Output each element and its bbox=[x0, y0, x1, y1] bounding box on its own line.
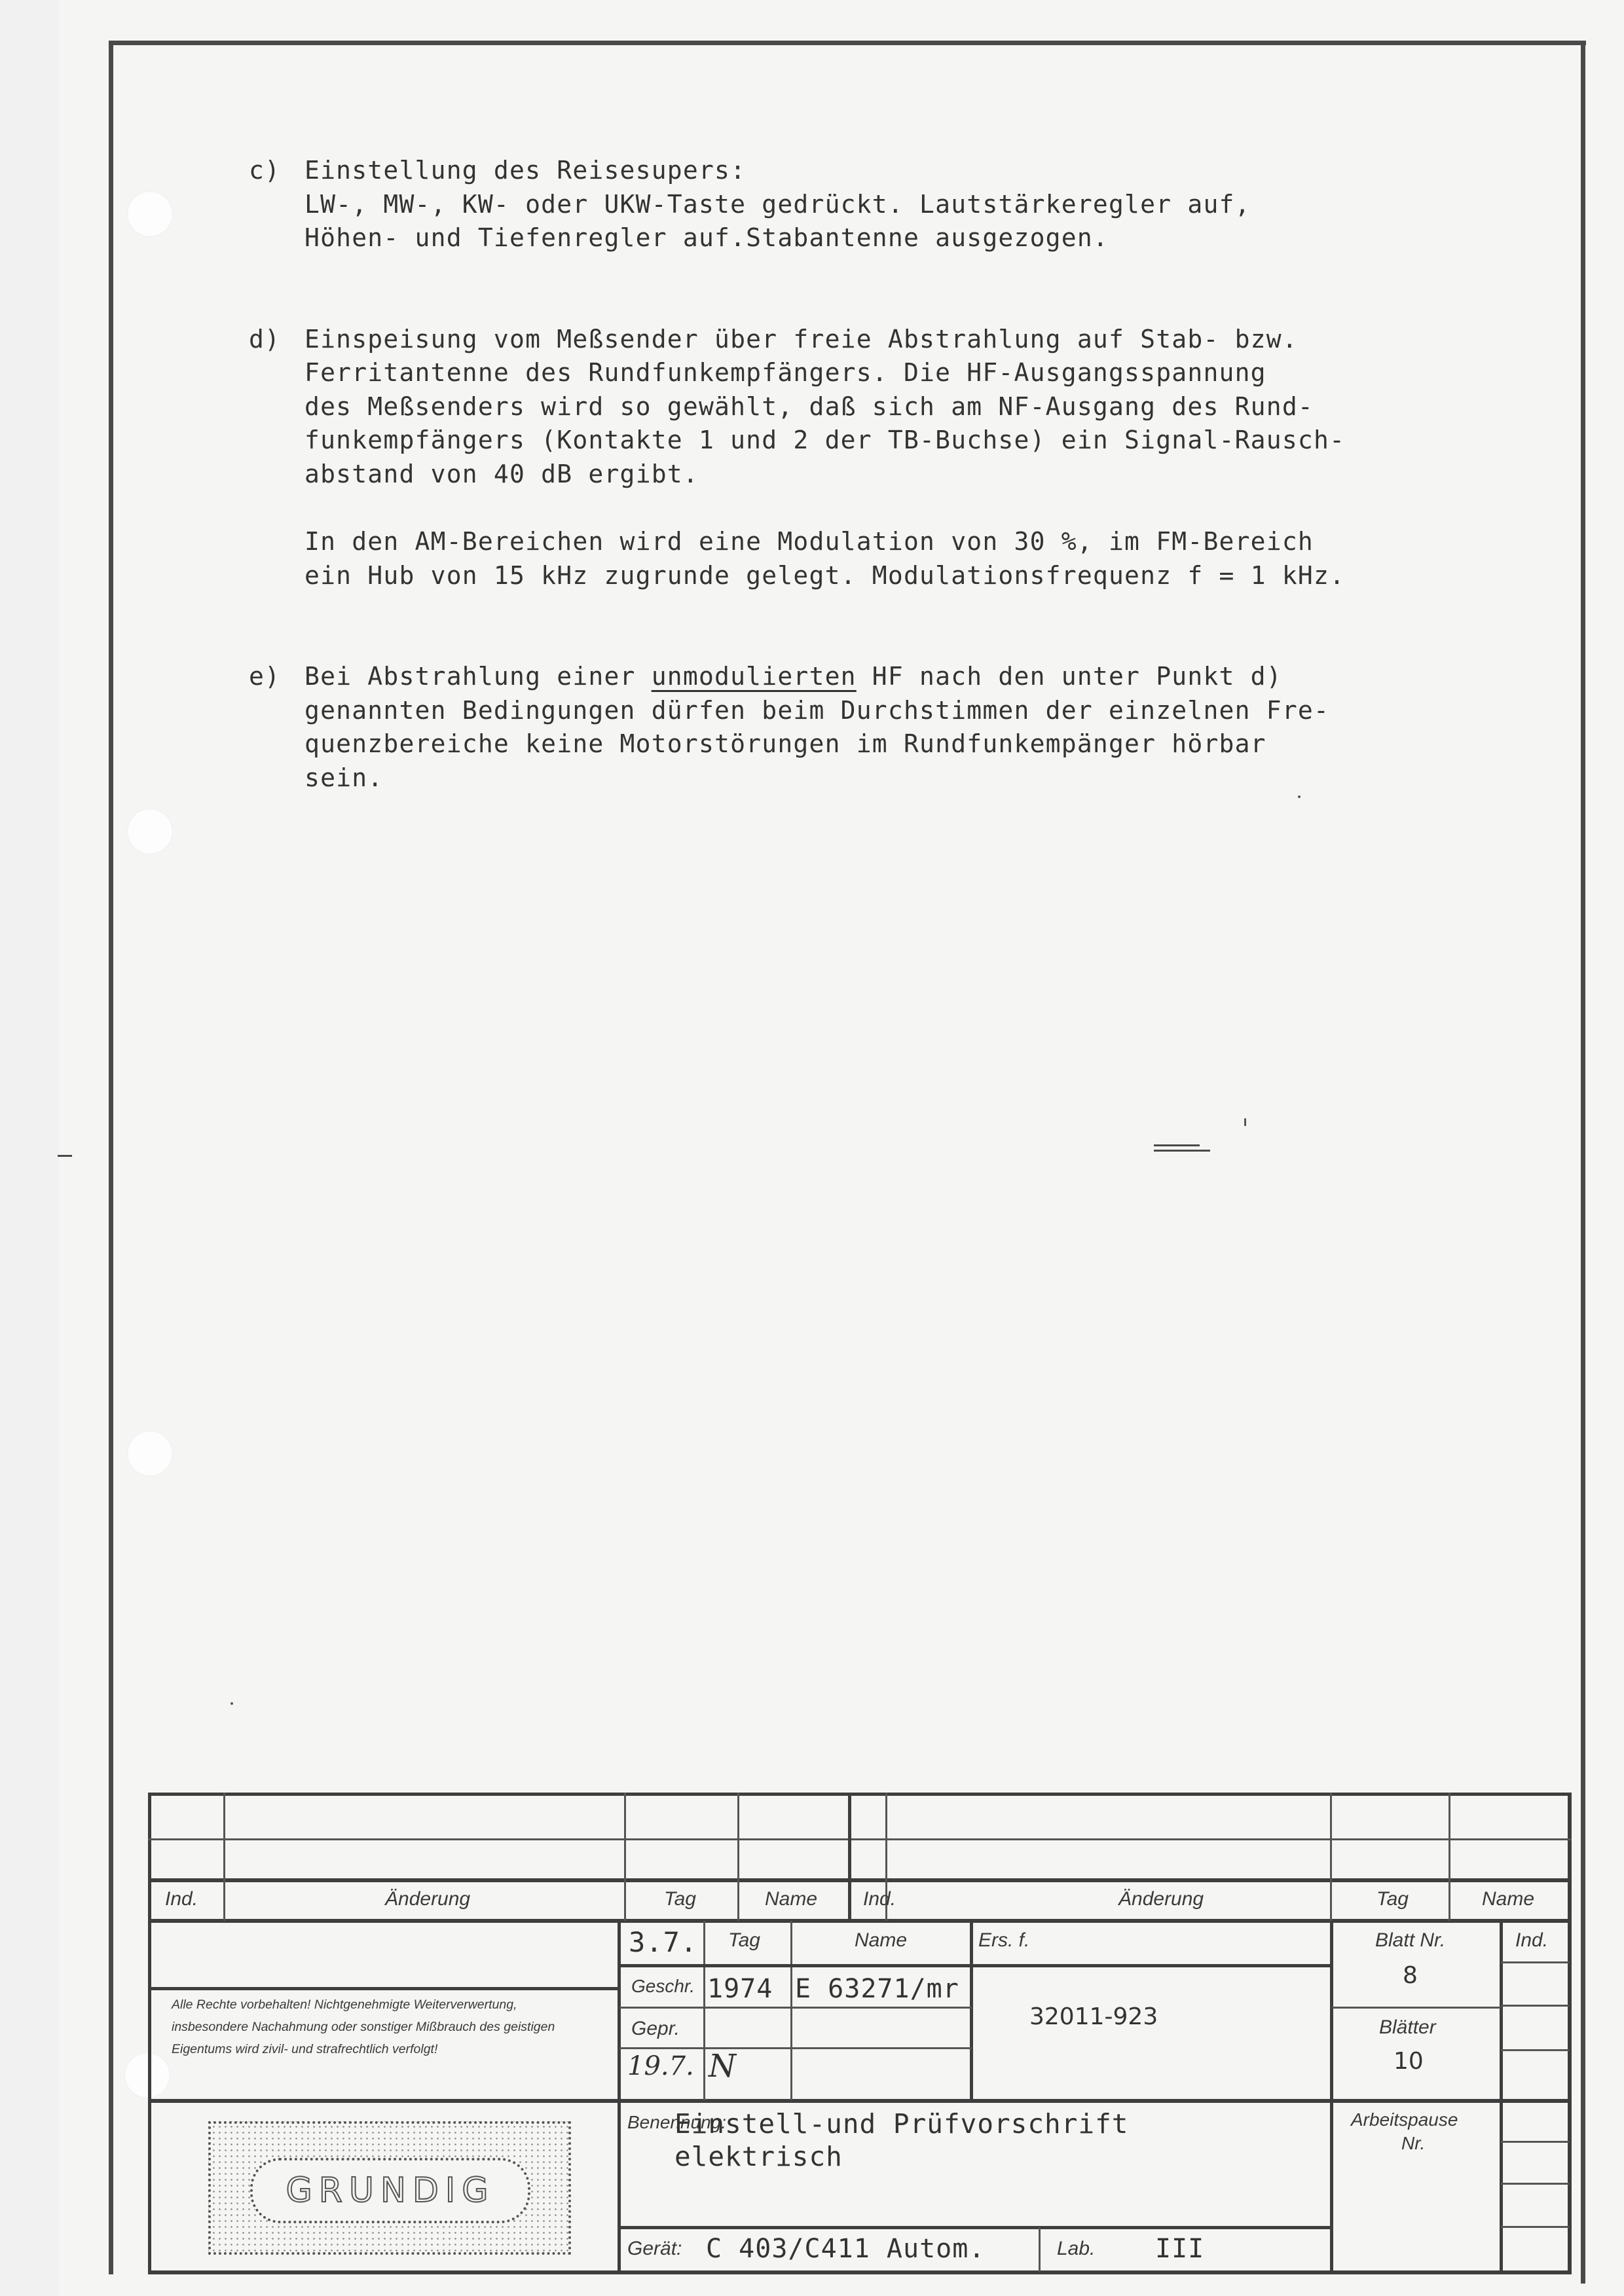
geschr-label: Geschr. bbox=[631, 1976, 695, 1997]
page-border-right bbox=[1581, 41, 1585, 2284]
section-d: d) Einspeisung vom Meßsender über freie … bbox=[249, 323, 1493, 593]
section-c-label: c) bbox=[249, 154, 280, 188]
benennung-line-1: Einstell-und Prüfvorschrift bbox=[674, 2108, 1128, 2140]
section-e: e) Bei Abstrahlung einer unmodulierten H… bbox=[249, 660, 1493, 795]
section-d-label: d) bbox=[249, 323, 280, 357]
section-d-line-2: Ferritantenne des Rundfunkempfängers. Di… bbox=[304, 356, 1493, 390]
page-border-left bbox=[109, 41, 113, 2274]
section-c: c) Einstellung des Reisesupers: LW-, MW-… bbox=[249, 154, 1493, 255]
blatt-nr-label: Blatt Nr. bbox=[1375, 1929, 1445, 1952]
rev-header-tag-left: Tag bbox=[664, 1888, 696, 1910]
gepr-label: Gepr. bbox=[631, 2018, 680, 2040]
section-d-continuation-2: ein Hub von 15 kHz zugrunde gelegt. Modu… bbox=[304, 559, 1493, 593]
rev-header-ind-right: Ind. bbox=[863, 1888, 896, 1910]
geraet-value: C 403/C411 Autom. bbox=[706, 2234, 985, 2264]
section-d-line-3: des Meßsenders wird so gewählt, daß sich… bbox=[304, 390, 1493, 424]
section-e-line-3: quenzbereiche keine Motorstörungen im Ru… bbox=[304, 727, 1493, 761]
logo-text: GRUNDIG bbox=[286, 2171, 494, 2210]
page-border-top bbox=[110, 41, 1586, 45]
tag-label: Tag bbox=[728, 1929, 760, 1952]
grundig-logo: GRUNDIG bbox=[208, 2121, 571, 2255]
section-e-line-2: genannten Bedingungen dürfen beim Durchs… bbox=[304, 694, 1493, 728]
section-d-line-4: funkempfängers (Kontakte 1 und 2 der TB-… bbox=[304, 424, 1493, 458]
blatt-nr: 8 bbox=[1403, 1962, 1418, 1989]
rev-header-name-left: Name bbox=[765, 1888, 817, 1910]
punch-hole-upper-middle bbox=[127, 809, 173, 854]
rev-header-ind-left: Ind. bbox=[165, 1888, 198, 1910]
geschr-year: 1974 bbox=[707, 1974, 773, 2004]
punch-hole-top bbox=[127, 191, 173, 237]
logo-oval: GRUNDIG bbox=[250, 2158, 530, 2223]
lab-label: Lab. bbox=[1057, 2238, 1095, 2260]
section-e-line-4: sein. bbox=[304, 761, 1493, 795]
geschr-name: E 63271/mr bbox=[795, 1974, 959, 2004]
section-e-label: e) bbox=[249, 660, 280, 694]
underlined-word: unmodulierten bbox=[652, 662, 857, 691]
section-e-line-1: Bei Abstrahlung einer unmodulierten HF n… bbox=[304, 660, 1493, 694]
section-e-line-1-start: Bei Abstrahlung einer bbox=[304, 662, 652, 691]
punch-hole-lower-middle bbox=[127, 1430, 173, 1476]
name-label: Name bbox=[855, 1929, 907, 1952]
section-d-line-1: Einspeisung vom Meßsender über freie Abs… bbox=[304, 323, 1493, 357]
gepr-initial: N bbox=[709, 2048, 736, 2085]
benennung-line-2: elektrisch bbox=[674, 2141, 843, 2172]
section-d-continuation-1: In den AM-Bereichen wird eine Modulation… bbox=[304, 525, 1493, 559]
ind-label: Ind. bbox=[1515, 1929, 1548, 1952]
rev-header-aenderung-left: Änderung bbox=[385, 1888, 470, 1910]
rev-header-aenderung-right: Änderung bbox=[1118, 1888, 1204, 1910]
blaetter-label: Blätter bbox=[1379, 2016, 1436, 2039]
section-c-line-3: Höhen- und Tiefenregler auf.Stabantenne … bbox=[304, 221, 1493, 255]
document-body: c) Einstellung des Reisesupers: LW-, MW-… bbox=[249, 154, 1493, 795]
section-d-line-5: abstand von 40 dB ergibt. bbox=[304, 458, 1493, 492]
section-e-line-1-end: HF nach den unter Punkt d) bbox=[857, 662, 1282, 691]
punch-hole-bottom bbox=[124, 2052, 170, 2098]
arbeitspause-nr-label: Nr. bbox=[1401, 2133, 1425, 2154]
geraet-label: Gerät: bbox=[627, 2238, 682, 2260]
section-c-line-1: Einstellung des Reisesupers: bbox=[304, 154, 1493, 188]
arbeitspause-label: Arbeitspause bbox=[1351, 2109, 1458, 2130]
rev-header-name-right: Name bbox=[1482, 1888, 1534, 1910]
lab-value: III bbox=[1155, 2234, 1204, 2264]
blaetter: 10 bbox=[1393, 2048, 1424, 2075]
rev-header-tag-right: Tag bbox=[1376, 1888, 1409, 1910]
gepr-date: 19.7. bbox=[627, 2051, 694, 2081]
section-c-line-2: LW-, MW-, KW- oder UKW-Taste gedrückt. L… bbox=[304, 188, 1493, 222]
drawing-number: 32011-923 bbox=[1029, 2003, 1158, 2030]
ers-f-label: Ers. f. bbox=[978, 1929, 1029, 1952]
copyright-notice: Alle Rechte vorbehalten! Nichtgenehmigte… bbox=[172, 1994, 591, 2060]
date-top: 3.7. bbox=[629, 1926, 697, 1958]
